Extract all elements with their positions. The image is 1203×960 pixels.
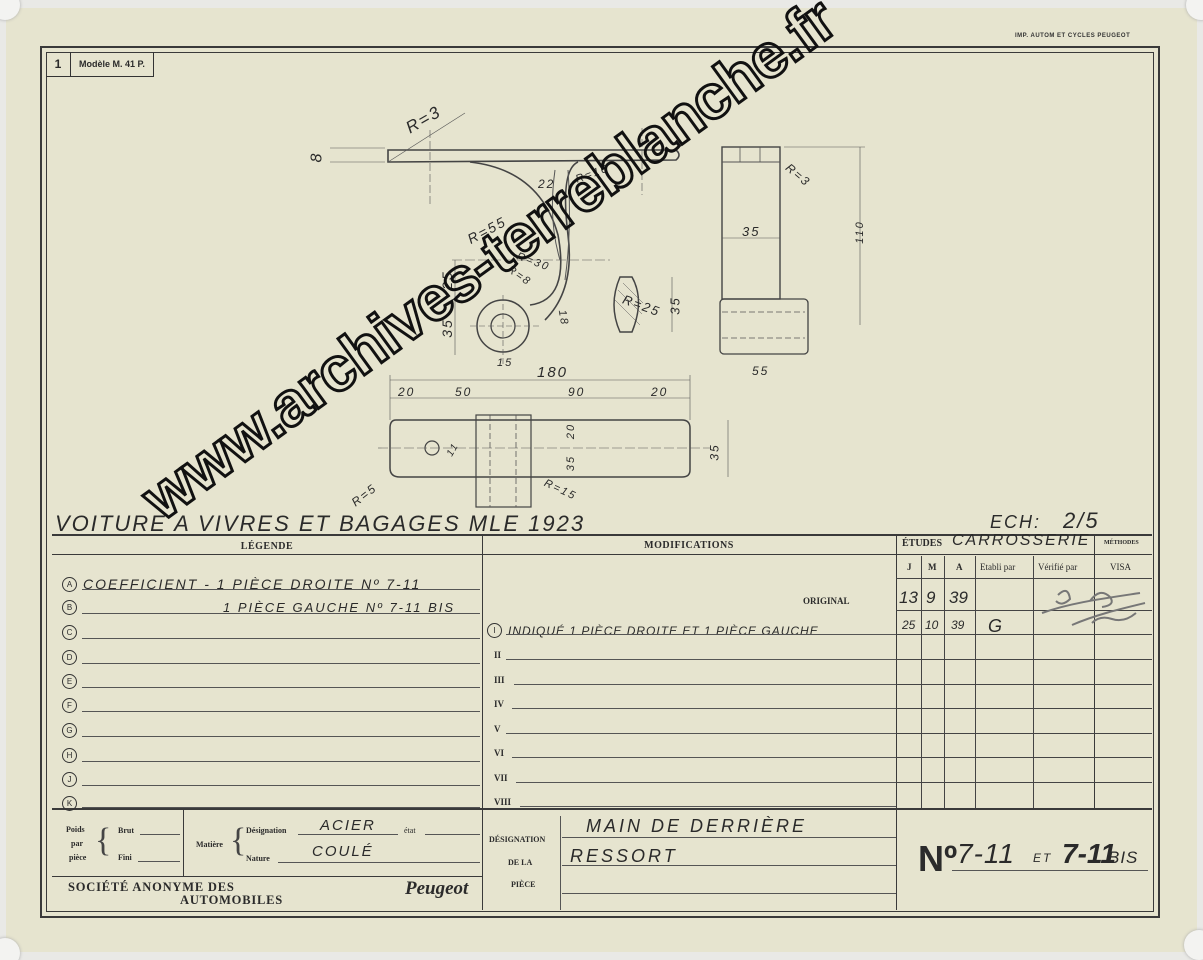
part-number-conj: ET bbox=[1033, 851, 1052, 865]
modification-key: II bbox=[494, 650, 501, 660]
modifications-header: MODIFICATIONS bbox=[482, 540, 896, 551]
divider bbox=[896, 757, 1152, 758]
legend-row-k: K bbox=[62, 796, 83, 811]
visa-signature-icon bbox=[1040, 585, 1150, 635]
photo-corner bbox=[1184, 930, 1203, 960]
rule bbox=[82, 589, 480, 590]
col-visa: VISA bbox=[1110, 562, 1131, 572]
mod1-year: 39 bbox=[951, 618, 964, 632]
modification-text: INDIQUÉ 1 PIÈCE DROITE ET 1 PIÈCE GAUCHE bbox=[508, 624, 819, 638]
dimension-label: 180 bbox=[537, 364, 568, 381]
divider bbox=[52, 554, 482, 555]
mod1-initials: G bbox=[988, 616, 1004, 637]
rule bbox=[952, 870, 1148, 871]
etat-label: état bbox=[404, 826, 416, 835]
rule bbox=[562, 837, 896, 838]
matiere-label: Matière bbox=[196, 840, 223, 849]
rule bbox=[512, 708, 896, 709]
rule bbox=[82, 711, 480, 712]
dimension-label: 35 bbox=[565, 455, 577, 471]
legend-row-e: E bbox=[62, 674, 83, 689]
divider bbox=[896, 534, 897, 910]
modification-key: VIII bbox=[494, 797, 511, 807]
legend-key: G bbox=[62, 723, 77, 738]
rule bbox=[82, 761, 480, 762]
scale: ECH:2/5 bbox=[990, 508, 1100, 534]
legend-key: E bbox=[62, 674, 77, 689]
dimension-label: 15 bbox=[497, 357, 513, 369]
rule bbox=[562, 865, 896, 866]
legend-key: K bbox=[62, 796, 77, 811]
part-number-suffix: BIS bbox=[1108, 848, 1138, 868]
divider bbox=[944, 556, 945, 808]
number-sign: Nº bbox=[918, 838, 957, 879]
brace: { bbox=[95, 822, 111, 860]
modification-key: I bbox=[487, 623, 502, 638]
divider bbox=[896, 733, 1152, 734]
mod1-month: 10 bbox=[925, 618, 938, 632]
divider bbox=[896, 708, 1152, 709]
piece-name-line-1: MAIN DE DERRIÈRE bbox=[586, 816, 807, 837]
original-day: 13 bbox=[899, 588, 918, 608]
part-number: 7-11 bbox=[957, 838, 1015, 870]
weight-label: Poids bbox=[66, 825, 85, 834]
modification-key: V bbox=[494, 724, 501, 734]
brut-field bbox=[140, 834, 180, 835]
original-month: 9 bbox=[926, 588, 937, 608]
legend-header: LÉGENDE bbox=[52, 541, 482, 552]
legend-key: B bbox=[62, 600, 77, 615]
piece-label: DÉSIGNATION bbox=[489, 835, 545, 844]
modification-row-1: IINDIQUÉ 1 PIÈCE DROITE ET 1 PIÈCE GAUCH… bbox=[487, 623, 819, 638]
rule bbox=[514, 684, 896, 685]
dimension-label: 55 bbox=[752, 364, 769, 378]
piece-label: DE LA bbox=[508, 858, 532, 867]
divider bbox=[896, 554, 1152, 555]
dimension-label: 35 bbox=[742, 224, 760, 239]
col-m: M bbox=[928, 562, 937, 572]
rule bbox=[82, 638, 480, 639]
legend-key: J bbox=[62, 772, 77, 787]
divider bbox=[52, 808, 1152, 810]
rule bbox=[82, 807, 480, 808]
rule bbox=[512, 757, 896, 758]
legend-row-c: C bbox=[62, 625, 83, 640]
legend-key: H bbox=[62, 748, 77, 763]
rule bbox=[82, 663, 480, 664]
dimension-label: 8 bbox=[308, 152, 326, 163]
col-a: A bbox=[956, 562, 963, 572]
legend-row-j: J bbox=[62, 772, 83, 787]
modification-key: III bbox=[494, 675, 505, 685]
divider bbox=[975, 556, 976, 808]
divider bbox=[482, 534, 483, 910]
divider bbox=[921, 556, 922, 808]
modification-key: VII bbox=[494, 773, 508, 783]
divider bbox=[896, 578, 1152, 579]
dimension-label: 35 bbox=[708, 443, 722, 460]
piece-label: PIÈCE bbox=[511, 880, 535, 889]
divider bbox=[560, 816, 561, 910]
divider bbox=[896, 659, 1152, 660]
brut-label: Brut bbox=[118, 826, 134, 835]
divider bbox=[896, 684, 1152, 685]
rule bbox=[506, 733, 896, 734]
original-year: 39 bbox=[949, 588, 968, 608]
rule bbox=[82, 736, 480, 737]
col-j: J bbox=[907, 562, 912, 572]
legend-row-d: D bbox=[62, 650, 83, 665]
weight-label: pièce bbox=[69, 853, 86, 862]
divider bbox=[52, 876, 482, 877]
legend-key: F bbox=[62, 698, 77, 713]
dimension-label: 20 bbox=[651, 385, 668, 399]
divider bbox=[1094, 534, 1095, 808]
nature-field bbox=[278, 862, 480, 863]
rule bbox=[82, 687, 480, 688]
part-number-prefix: Nº bbox=[918, 838, 957, 880]
divider bbox=[896, 782, 1152, 783]
fini-label: Fini bbox=[118, 853, 132, 862]
col-verifie: Vérifié par bbox=[1038, 562, 1077, 572]
modification-key: IV bbox=[494, 699, 504, 709]
legend-key: D bbox=[62, 650, 77, 665]
dimension-label: 110 bbox=[854, 220, 866, 244]
etudes-label: ÉTUDES bbox=[902, 538, 942, 549]
rule bbox=[516, 782, 896, 783]
fini-field bbox=[138, 861, 180, 862]
dimension-label: 90 bbox=[568, 385, 585, 399]
brace: { bbox=[230, 822, 246, 860]
company-line-2: AUTOMOBILES bbox=[180, 893, 283, 908]
dimension-label: 50 bbox=[455, 385, 472, 399]
weight-label: par bbox=[71, 839, 83, 848]
legend-row-f: F bbox=[62, 698, 83, 713]
scale-value: 2/5 bbox=[1063, 508, 1100, 533]
modification-key: VI bbox=[494, 748, 504, 758]
etat-field bbox=[425, 834, 480, 835]
rule bbox=[520, 806, 896, 807]
dimension-label: 18 bbox=[556, 309, 571, 327]
department: CARROSSERIE bbox=[952, 532, 1090, 550]
nature-value: COULÉ bbox=[312, 843, 374, 860]
nature-label: Nature bbox=[246, 854, 270, 863]
peugeot-logo: Peugeot bbox=[405, 878, 468, 900]
scale-label: ECH: bbox=[990, 512, 1041, 532]
methodes-label: MÉTHODES bbox=[1104, 540, 1139, 546]
original-label: ORIGINAL bbox=[803, 596, 850, 606]
divider bbox=[1033, 556, 1034, 808]
col-etabli: Etabli par bbox=[980, 562, 1015, 572]
divider bbox=[183, 808, 184, 876]
rule bbox=[82, 785, 480, 786]
legend-key: C bbox=[62, 625, 77, 640]
piece-name-line-2: RESSORT bbox=[570, 846, 678, 867]
rule bbox=[506, 634, 896, 635]
legend-row-h: H bbox=[62, 748, 83, 763]
dimension-label: 35 bbox=[668, 296, 683, 314]
dimension-label: 20 bbox=[398, 385, 415, 399]
mod1-day: 25 bbox=[902, 618, 915, 632]
rule bbox=[562, 893, 896, 894]
designation-label: Désignation bbox=[246, 826, 286, 835]
designation-field bbox=[298, 834, 398, 835]
dimension-label: 20 bbox=[565, 423, 577, 439]
legend-key: A bbox=[62, 577, 77, 592]
designation-value: ACIER bbox=[320, 817, 376, 834]
rule bbox=[506, 659, 896, 660]
rule bbox=[82, 613, 480, 614]
divider bbox=[482, 554, 896, 555]
legend-row-g: G bbox=[62, 723, 83, 738]
